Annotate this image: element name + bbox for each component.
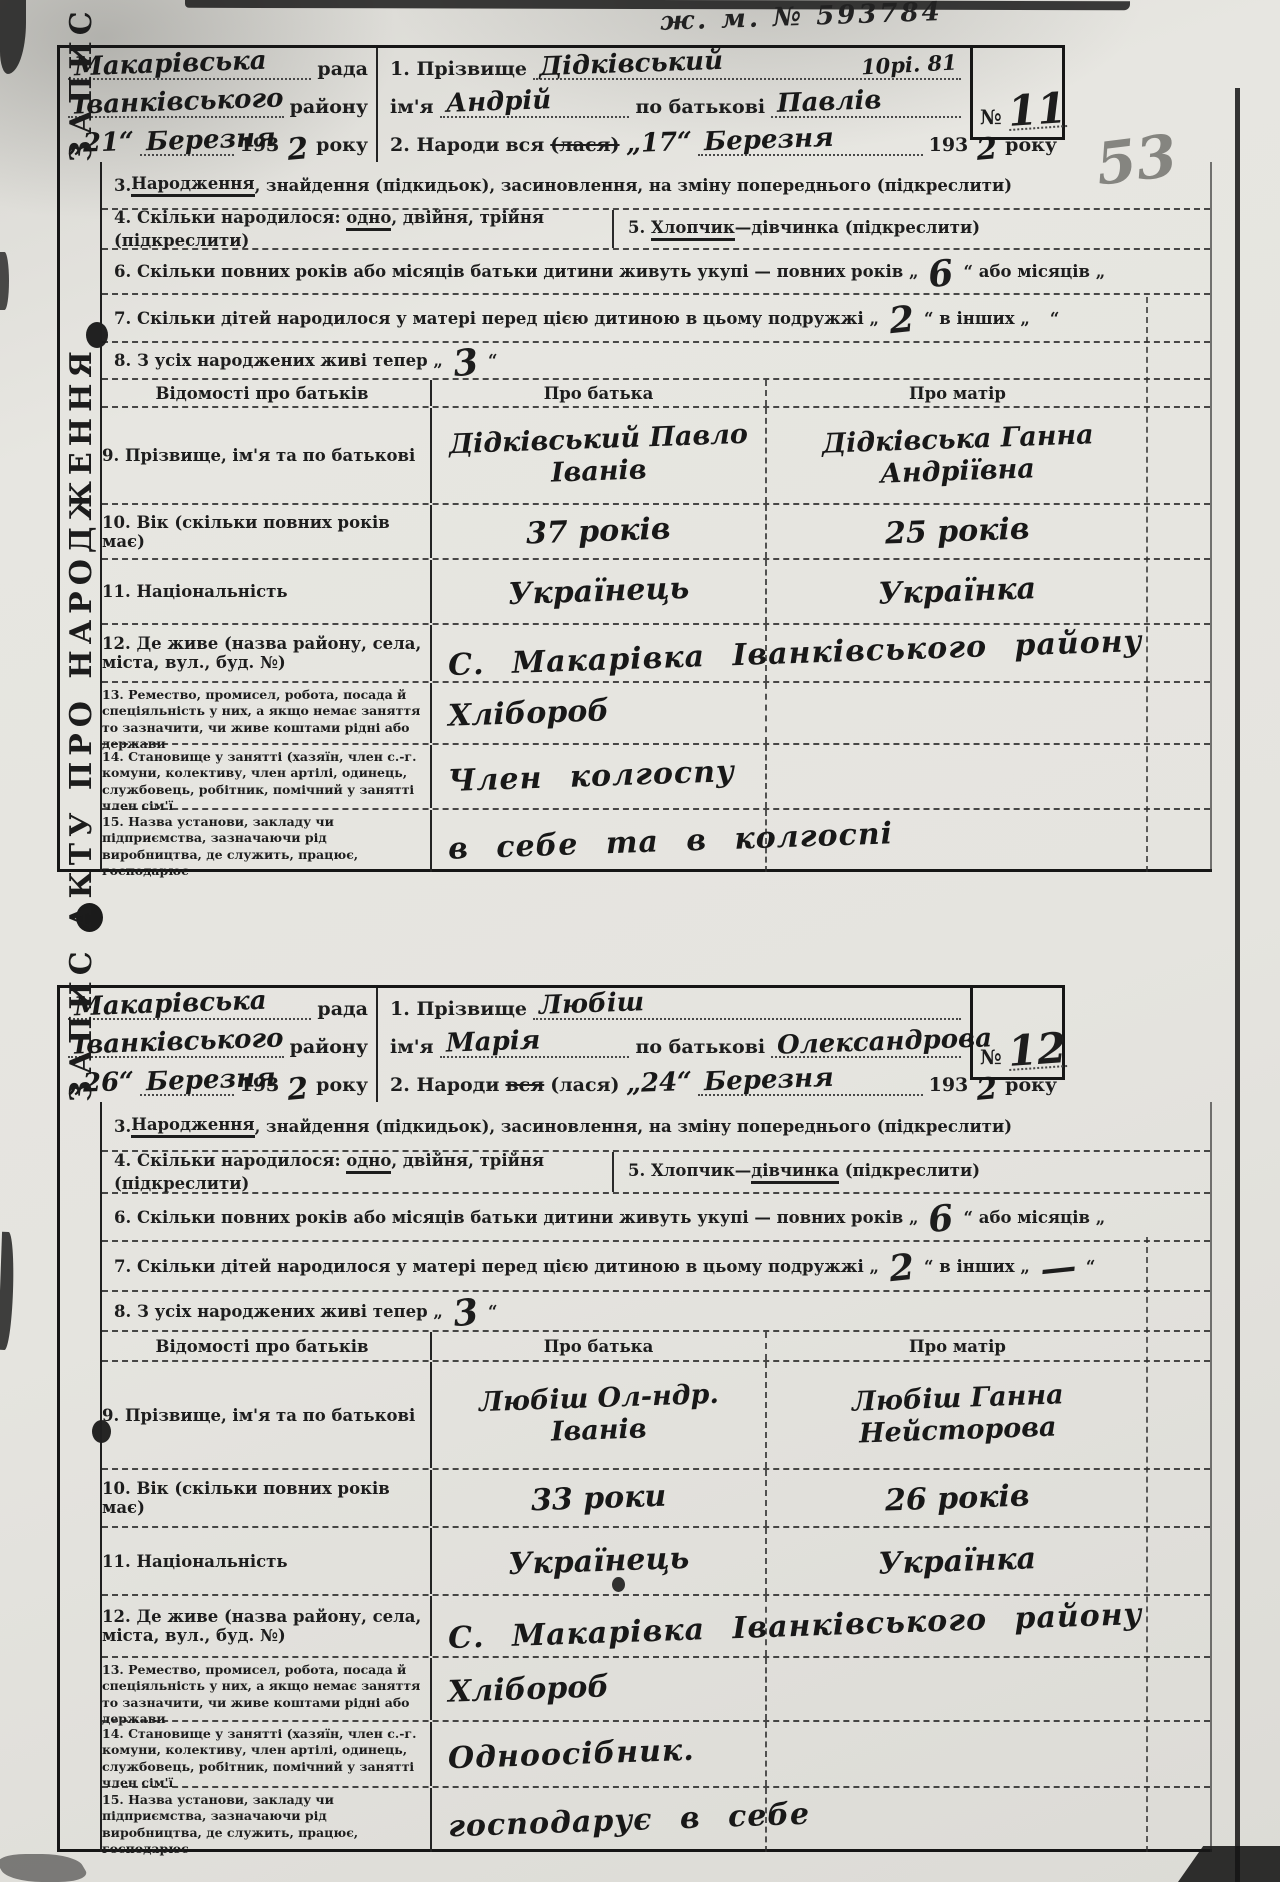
district-label: району: [290, 96, 368, 118]
top-handwritten-annotation: ж. м. № 593784: [660, 0, 944, 37]
underlined-birth-word: Народження: [131, 1115, 254, 1138]
row-residence: 12. Де живе (назва району, села, міста, …: [102, 1596, 1210, 1658]
label-work-status: 14. Становище у занятті (хазяїн, член с.…: [102, 1722, 432, 1786]
patronymic-label: по батькові: [635, 96, 765, 118]
birth-day-value: „17“: [625, 130, 692, 157]
district-name-value: Іванківського: [74, 87, 284, 119]
act-number-box: № 12: [970, 988, 1065, 1080]
born-label-stem: 2. Народи: [390, 1074, 499, 1096]
children-alive-value: 3: [452, 351, 479, 375]
child-identity-block: 1. Прізвище Любіш ім'я Марія по батькові…: [378, 988, 1065, 1102]
row-multiplicity-and-sex: 4. Скільки народилося: одно, двійня, трі…: [102, 210, 1210, 250]
born-label-lasya: (лася): [550, 1074, 619, 1096]
record-header: Макарівська рада Іванківського району „2…: [60, 985, 1065, 1102]
label-occupation: 13. Ремество, промисел, робота, посада й…: [102, 683, 432, 743]
mother-name-value: Любіш Ганна Нейсторова: [767, 1362, 1148, 1468]
scan-artifact-left-edge: [0, 252, 9, 310]
given-name-label: ім'я: [390, 96, 434, 118]
cell-boy-or-girl: 5. Хлопчик—дівчинка (підкреслити): [614, 1161, 980, 1184]
girl-word: дівчинка: [751, 1161, 839, 1184]
act-number-value: 11: [1007, 91, 1068, 131]
birth-day-value: „24“: [625, 1070, 692, 1097]
row-parent-names: 9. Прізвище, ім'я та по батькові Дідківс…: [102, 408, 1210, 505]
header-parents-info: Відомості про батьків: [102, 1332, 432, 1360]
row-occupation: 13. Ремество, промисел, робота, посада й…: [102, 1658, 1210, 1722]
roku-label: року: [316, 134, 368, 156]
row-workplace: 15. Назва установи, закладу чи підприємс…: [102, 1788, 1210, 1852]
header-parents-info: Відомості про батьків: [102, 380, 432, 406]
underlined-birth-word: Народження: [131, 174, 254, 197]
registration-month-value: Березня: [146, 1066, 277, 1095]
district-label: району: [290, 1036, 368, 1058]
girl-word: дівчинка: [751, 218, 839, 237]
row-years-together: 6. Скільки повних років або місяців бать…: [102, 1194, 1210, 1242]
form-rows: 3. Народження, знайдення (підкидьок), за…: [100, 1102, 1212, 1852]
row-nationality: 11. Національність Українець Українка: [102, 560, 1210, 625]
patronymic-label: по батькові: [635, 1036, 765, 1058]
council-label: рада: [317, 998, 368, 1020]
year-printed: 193: [929, 1074, 969, 1096]
children-other-marriages-value: —: [1039, 1256, 1077, 1281]
surname-label: 1. Прізвище: [390, 58, 527, 80]
patronymic-value: Олександрова: [777, 1026, 993, 1058]
mother-age-value: 25 років: [767, 505, 1148, 558]
header-about-father: Про батька: [432, 1332, 767, 1360]
mother-age-value: 26 років: [767, 1470, 1148, 1526]
label-age: 10. Вік (скільки повних років має): [102, 1470, 432, 1526]
row-work-status: 14. Становище у занятті (хазяїн, член с.…: [102, 745, 1210, 810]
registration-year-digit: 2: [287, 1078, 310, 1101]
scan-artifact-top-edge: [185, 0, 1130, 10]
row-birth-type: 3. Народження, знайдення (підкидьок), за…: [102, 1102, 1210, 1152]
given-name-label: ім'я: [390, 1036, 434, 1058]
act-number-box: № 11: [970, 48, 1065, 140]
label-parent-names: 9. Прізвище, ім'я та по батькові: [102, 1362, 432, 1468]
father-nationality-value: Українець: [432, 560, 767, 623]
given-name-value: Андрій: [445, 88, 551, 116]
birth-year-digit: 2: [976, 1078, 999, 1101]
birth-year-digit: 2: [976, 138, 999, 161]
residence-value: С. Макарівка Іванківського району: [432, 625, 767, 681]
cell-how-many-born: 4. Скільки народилося: одно, двійня, трі…: [102, 1152, 614, 1192]
number-sign: №: [980, 1045, 1002, 1069]
number-sign: №: [980, 105, 1002, 129]
scan-artifact-left-edge: [0, 1232, 15, 1350]
work-status-value: Член колгоспу: [432, 745, 767, 808]
row-parent-age: 10. Вік (скільки повних років має) 37 ро…: [102, 505, 1210, 560]
label-residence: 12. Де живе (назва району, села, міста, …: [102, 625, 432, 681]
father-age-value: 33 роки: [432, 1470, 767, 1526]
label-occupation: 13. Ремество, промисел, робота, посада й…: [102, 1658, 432, 1720]
record-header: Макарівська рада Іванківського району „2…: [60, 45, 1065, 162]
label-nationality: 11. Національність: [102, 1528, 432, 1594]
father-name-value: Любіш Ол-ндр. Іванів: [432, 1362, 767, 1468]
parents-table-header: Відомості про батьків Про батька Про мат…: [102, 1332, 1210, 1362]
patronymic-value: Павлів: [777, 88, 882, 116]
row-nationality: 11. Національність Українець Українка: [102, 1528, 1210, 1596]
row-birth-type: 3. Народження, знайдення (підкидьок), за…: [102, 162, 1210, 210]
scanned-birth-register-page: ж. м. № 593784 53 Макарівська рада Іванк…: [0, 0, 1280, 1882]
label-residence: 12. Де живе (назва району, села, міста, …: [102, 1596, 432, 1656]
registration-month-value: Березня: [146, 126, 277, 155]
born-label-stem: 2. Народи: [390, 134, 499, 156]
children-alive-value: 3: [452, 1302, 479, 1326]
council-label: рада: [317, 58, 368, 80]
birth-record-12: Макарівська рада Іванківського району „2…: [57, 985, 1212, 1852]
underlined-one-word: одно: [346, 1151, 391, 1174]
row-years-together: 6. Скільки повних років або місяців бать…: [102, 250, 1210, 295]
row-children-alive: 8. З усіх народжених живі тепер „3“: [102, 1292, 1210, 1332]
father-nationality-value: Українець: [432, 1528, 767, 1594]
row-parent-names: 9. Прізвище, ім'я та по батькові Любіш О…: [102, 1362, 1210, 1470]
row-children-before: 7. Скільки дітей народилося у матері пер…: [102, 295, 1210, 343]
workplace-value: господарує в себе: [432, 1788, 767, 1852]
scan-artifact-page-fold-line: [1235, 88, 1240, 1882]
row-children-before: 7. Скільки дітей народилося у матері пер…: [102, 1242, 1210, 1292]
workplace-value: в себе та в колгоспі: [432, 810, 767, 872]
row-residence: 12. Де живе (назва району, села, міста, …: [102, 625, 1210, 683]
label-nationality: 11. Національність: [102, 560, 432, 623]
surname-value: Любіш: [539, 990, 645, 1018]
district-name-value: Іванківського: [74, 1027, 284, 1059]
mother-nationality-value: Українка: [767, 1528, 1148, 1594]
born-label-lasya: (лася): [550, 134, 619, 156]
scan-artifact-top-left-corner: [0, 0, 26, 74]
act-number-value: 12: [1007, 1031, 1068, 1071]
child-identity-block: 1. Прізвище Дідківський 10рі. 81 ім'я Ан…: [378, 48, 1065, 162]
row-multiplicity-and-sex: 4. Скільки народилося: одно, двійня, трі…: [102, 1152, 1210, 1194]
year-printed: 193: [929, 134, 969, 156]
registration-year-digit: 2: [287, 138, 310, 161]
given-name-value: Марія: [445, 1029, 540, 1057]
row-occupation: 13. Ремество, промисел, робота, посада й…: [102, 683, 1210, 745]
row-children-alive: 8. З усіх народжених живі тепер „3“: [102, 343, 1210, 380]
born-label-vsya: вся: [505, 134, 544, 156]
label-workplace: 15. Назва установи, закладу чи підприємс…: [102, 1788, 432, 1852]
mother-nationality-value: Українка: [767, 560, 1148, 623]
row-work-status: 14. Становище у занятті (хазяїн, член с.…: [102, 1722, 1210, 1788]
form-rows: 3. Народження, знайдення (підкидьок), за…: [100, 162, 1212, 872]
father-name-value: Дідківський Павло Іванів: [432, 408, 767, 503]
council-name-value: Макарівська: [74, 989, 267, 1020]
birth-month-value: Березня: [703, 126, 834, 155]
mother-name-value: Дідківська Ганна Андріївна: [767, 408, 1148, 503]
header-about-father: Про батька: [432, 380, 767, 406]
surname-margin-note: 10рі. 81: [861, 50, 958, 80]
birth-month-value: Березня: [703, 1066, 834, 1095]
occupation-value: Хлібороб: [432, 1658, 767, 1720]
registering-council-block: Макарівська рада Іванківського району „2…: [60, 988, 378, 1102]
underlined-one-word: одно: [346, 208, 391, 231]
residence-value: С. Макарівка Іванківського району: [432, 1596, 767, 1656]
row-workplace: 15. Назва установи, закладу чи підприємс…: [102, 810, 1210, 872]
cell-boy-or-girl: 5. Хлопчик—дівчинка (підкреслити): [614, 218, 980, 241]
roku-label: року: [316, 1074, 368, 1096]
work-status-value: Одноосібник.: [432, 1722, 767, 1786]
label-age: 10. Вік (скільки повних років має): [102, 505, 432, 558]
row-parent-age: 10. Вік (скільки повних років має) 33 ро…: [102, 1470, 1210, 1528]
children-before-value: 2: [888, 309, 915, 333]
years-together-value: 6: [928, 262, 955, 286]
label-workplace: 15. Назва установи, закладу чи підприємс…: [102, 810, 432, 872]
scan-artifact-bottom-left-corner: [0, 1854, 92, 1882]
children-before-value: 2: [888, 1257, 915, 1281]
parents-table-header: Відомості про батьків Про батька Про мат…: [102, 380, 1210, 408]
years-together-value: 6: [928, 1208, 955, 1232]
boy-word: Хлопчик: [651, 218, 735, 241]
cell-how-many-born: 4. Скільки народилося: одно, двійня, трі…: [102, 210, 614, 248]
surname-label: 1. Прізвище: [390, 998, 527, 1020]
surname-value: Дідківський: [539, 49, 724, 80]
birth-record-11: Макарівська рада Іванківського району „2…: [57, 45, 1212, 872]
registering-council-block: Макарівська рада Іванківського району „2…: [60, 48, 378, 162]
label-work-status: 14. Становище у занятті (хазяїн, член с.…: [102, 745, 432, 808]
label-parent-names: 9. Прізвище, ім'я та по батькові: [102, 408, 432, 503]
boy-word: Хлопчик: [651, 1161, 735, 1180]
father-age-value: 37 років: [432, 505, 767, 558]
occupation-value: Хлібороб: [432, 683, 767, 743]
born-label-vsya: вся: [505, 1074, 544, 1096]
header-about-mother: Про матір: [767, 1332, 1148, 1360]
header-about-mother: Про матір: [767, 380, 1148, 406]
council-name-value: Макарівська: [74, 49, 267, 80]
